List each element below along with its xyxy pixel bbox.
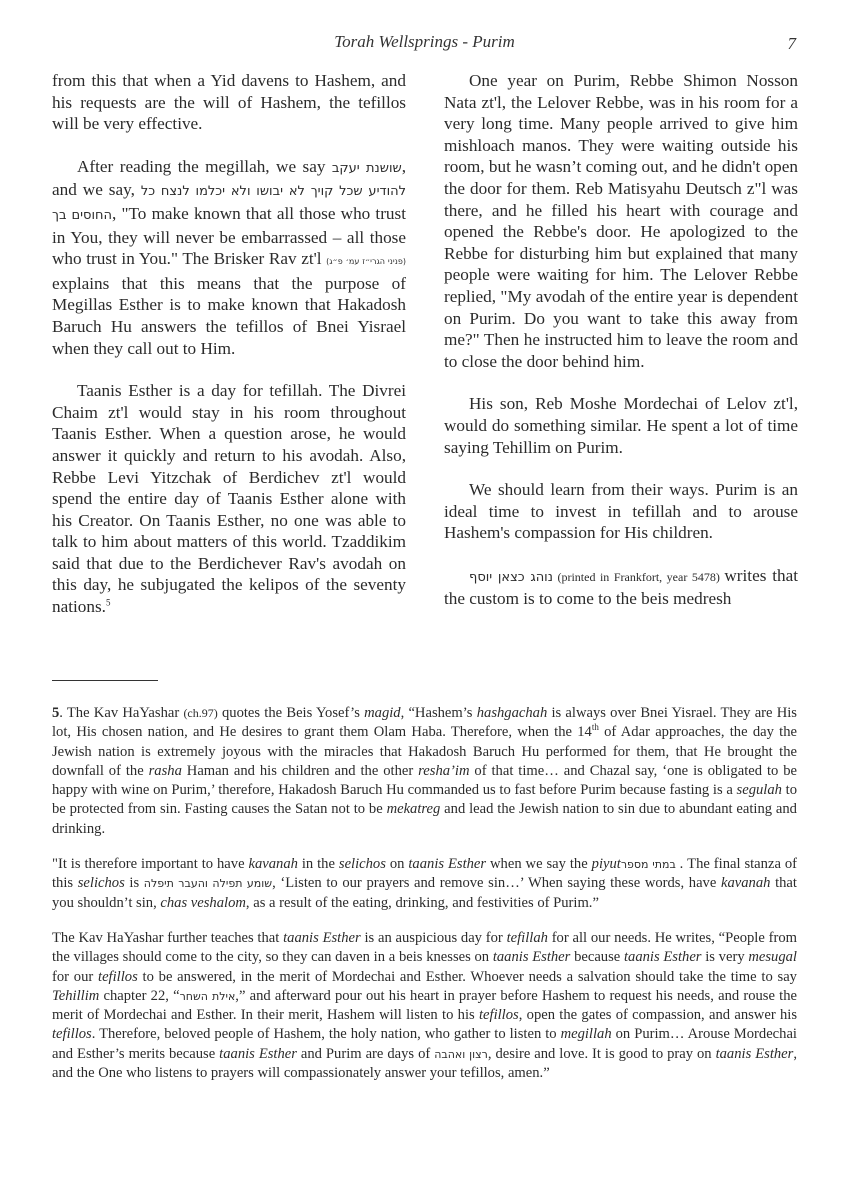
page-number: 7 [788,34,797,54]
paragraph: His son, Reb Moshe Mordechai of Lelov zt… [444,393,798,458]
text-run: for our [52,969,98,985]
italic-term: kavanah [248,856,297,872]
text-run: Taanis Esther is a day for tefillah. The… [52,381,406,616]
text-run: on [386,856,408,872]
italic-term: megillah [561,1026,612,1042]
hebrew-quote: במתי מספר [621,858,680,871]
hebrew-quote: רצון ואהבה [434,1048,488,1061]
italic-term: taanis Esther [219,1046,297,1062]
text-run: , as a result of the eating, drinking, a… [246,895,599,911]
text-run: is an auspicious day for [361,930,507,946]
text-run: Haman and his children and the other [182,763,418,779]
footnote-paragraph: The Kav HaYashar further teaches that ta… [52,929,797,1083]
source-citation: (ch.97) [183,706,217,720]
hebrew-quote: אילת השחר [180,990,236,1003]
text-run: quotes the Beis Yosef’s [218,705,364,721]
text-run: because [570,949,624,965]
ordinal-suffix: th [592,722,599,732]
text-run: After reading the megillah, we say [77,157,332,176]
italic-term: selichos [339,856,386,872]
italic-term: taanis Esther [716,1046,794,1062]
hebrew-book-title: נוהג כצאן יוסף [469,570,553,585]
right-column: One year on Purim, Rebbe Shimon Nosson N… [444,70,798,631]
hebrew-quote: שושנת יעקב [332,161,402,176]
italic-term: taanis Esther [408,856,486,872]
italic-term: selichos [78,875,125,891]
italic-term: tefillos [98,969,138,985]
text-run: , desire and love. It is good to pray on [488,1046,716,1062]
text-run: is very [702,949,749,965]
italic-term: mekatreg [387,801,441,817]
italic-term: mesugal [748,949,797,965]
footnote-separator [52,680,158,681]
paragraph: After reading the megillah, we say שושנת… [52,156,406,359]
italic-term: resha’im [418,763,469,779]
italic-term: kavanah [721,875,770,891]
hebrew-source-citation: (פניני הגרי״ז עמ׳ פ״ג) [326,257,406,266]
italic-term: tefillos [479,1007,519,1023]
text-run: . The Kav HaYashar [59,705,183,721]
paragraph: We should learn from their ways. Purim i… [444,479,798,544]
text-run: in the [298,856,339,872]
paragraph: One year on Purim, Rebbe Shimon Nosson N… [444,70,798,372]
italic-term: Tehillim [52,988,99,1004]
italic-term: chas veshalom [160,895,246,911]
text-run: and Purim are days of [297,1046,434,1062]
text-run: chapter 22, “ [99,988,179,1004]
paragraph: Taanis Esther is a day for tefillah. The… [52,380,406,618]
footnote-5: 5. The Kav HaYashar (ch.97) quotes the B… [52,704,797,839]
left-column: from this that when a Yid davens to Hash… [52,70,406,639]
text-run: when we say the [486,856,592,872]
italic-term: rasha [149,763,182,779]
text-run: "It is therefore important to have [52,856,248,872]
footnotes: 5. The Kav HaYashar (ch.97) quotes the B… [52,704,797,1099]
italic-term: piyut [592,856,621,872]
paragraph: from this that when a Yid davens to Hash… [52,70,406,135]
text-run: . Therefore, beloved people of Hashem, t… [92,1026,561,1042]
italic-term: taanis Esther [624,949,702,965]
text-run: , ‘Listen to our prayers and remove sin…… [272,875,721,891]
hebrew-quote: שומע תפילה והעבר תיפלה [144,877,272,890]
source-citation: (printed in Frankfort, year 5478) [553,570,724,584]
italic-term: hashgachah [477,705,548,721]
running-header: Torah Wellsprings - Purim 7 [0,32,849,56]
italic-term: taanis Esther [283,930,361,946]
italic-term: taanis Esther [493,949,571,965]
italic-term: tefillos [52,1026,92,1042]
text-run: to be answered, in the merit of Mordecha… [138,969,797,985]
text-run: , open the gates of compassion, and answ… [519,1007,797,1023]
book-title: Torah Wellsprings - Purim [0,32,849,52]
footnote-paragraph: "It is therefore important to have kavan… [52,855,797,913]
italic-term: segulah [737,782,782,798]
italic-term: tefillah [507,930,548,946]
text-run: explains that this means that the purpos… [52,274,406,358]
paragraph: נוהג כצאן יוסף (printed in Frankfort, ye… [444,565,798,610]
text-run: , “Hashem’s [401,705,477,721]
footnote-ref[interactable]: 5 [106,597,111,607]
text-run: is [125,875,144,891]
text-run: The Kav HaYashar further teaches that [52,930,283,946]
italic-term: magid [364,705,400,721]
